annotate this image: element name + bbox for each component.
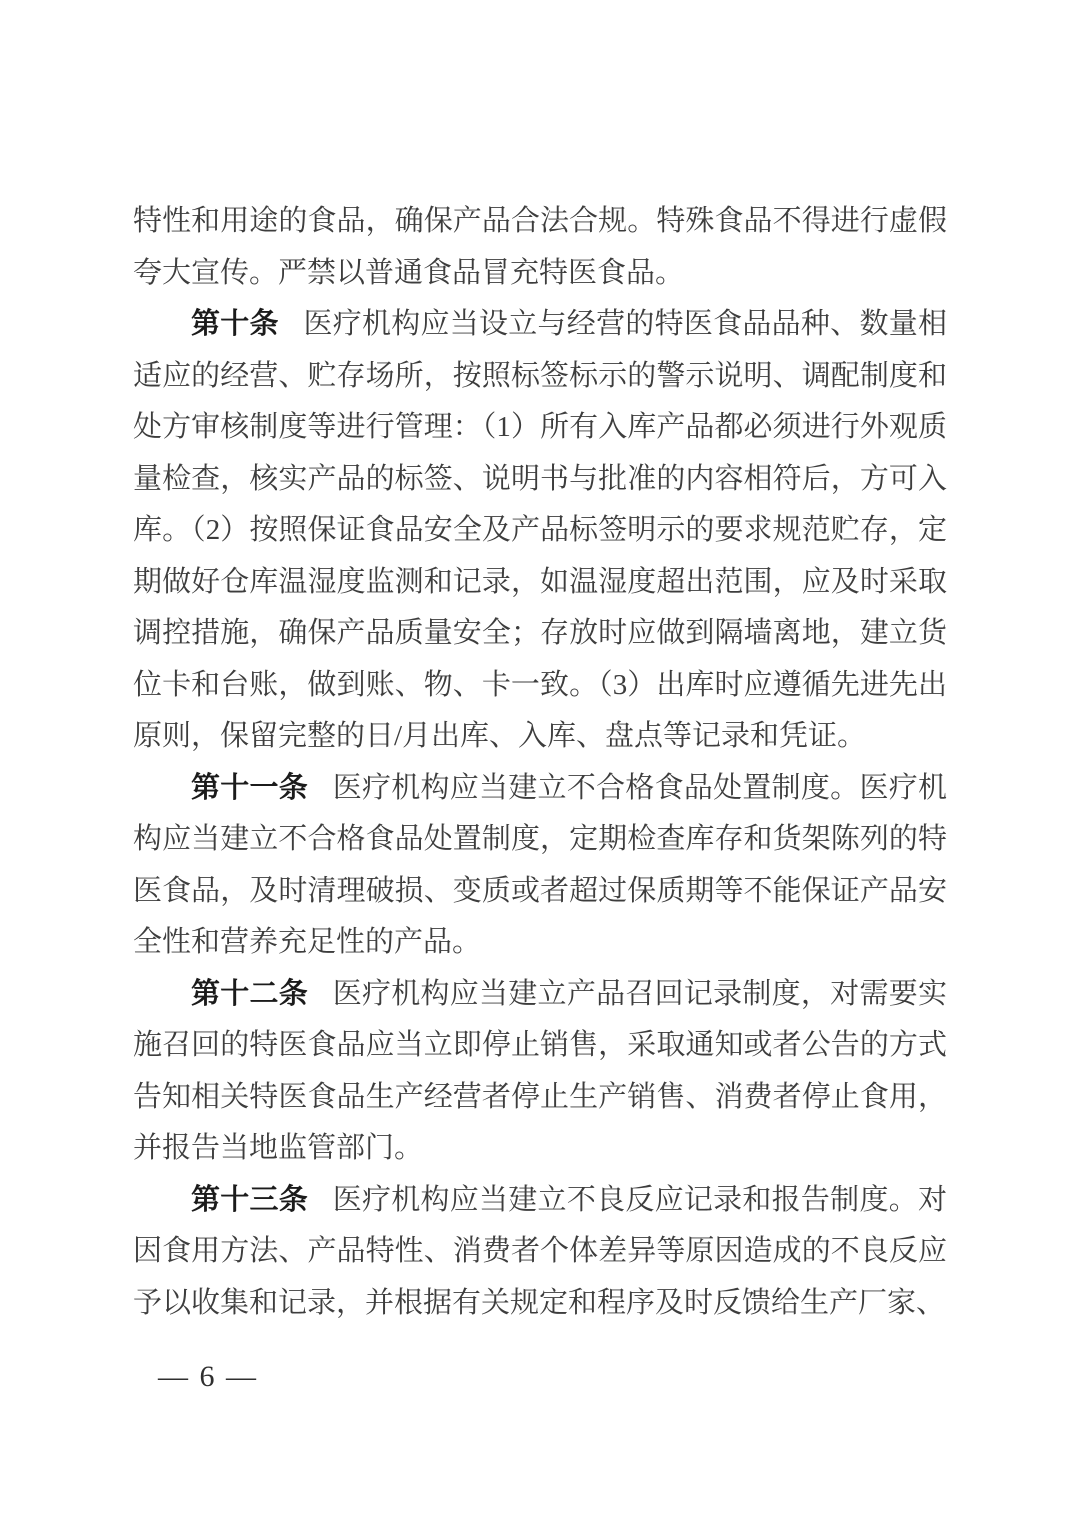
paragraph-article-10: 第十条医疗机构应当设立与经营的特医食品品种、数量相适应的经营、贮存场所，按照标签… xyxy=(133,299,947,763)
paragraph-article-13: 第十三条医疗机构应当建立不良反应记录和报告制度。对因食用方法、产品特性、消费者个… xyxy=(133,1175,947,1330)
article-12-label: 第十二条 xyxy=(191,978,308,1010)
paragraph-text: 医疗机构应当设立与经营的特医食品品种、数量相适应的经营、贮存场所，按照标签标示的… xyxy=(133,308,947,752)
article-11-label: 第十一条 xyxy=(191,772,308,804)
page-number: — 6 — xyxy=(158,1357,258,1397)
paragraph-article-12: 第十二条医疗机构应当建立产品召回记录制度，对需要实施召回的特医食品应当立即停止销… xyxy=(133,969,947,1175)
paragraph-article-11: 第十一条医疗机构应当建立不合格食品处置制度。医疗机构应当建立不合格食品处置制度，… xyxy=(133,763,947,969)
document-page: 特性和用途的食品，确保产品合法合规。特殊食品不得进行虚假夸大宣传。严禁以普通食品… xyxy=(0,0,1080,1527)
article-10-label: 第十条 xyxy=(191,308,279,340)
paragraph-text: 特性和用途的食品，确保产品合法合规。特殊食品不得进行虚假夸大宣传。严禁以普通食品… xyxy=(133,205,947,289)
paragraph-continuation: 特性和用途的食品，确保产品合法合规。特殊食品不得进行虚假夸大宣传。严禁以普通食品… xyxy=(133,196,947,299)
document-body: 特性和用途的食品，确保产品合法合规。特殊食品不得进行虚假夸大宣传。严禁以普通食品… xyxy=(133,196,947,1329)
article-13-label: 第十三条 xyxy=(191,1184,308,1216)
